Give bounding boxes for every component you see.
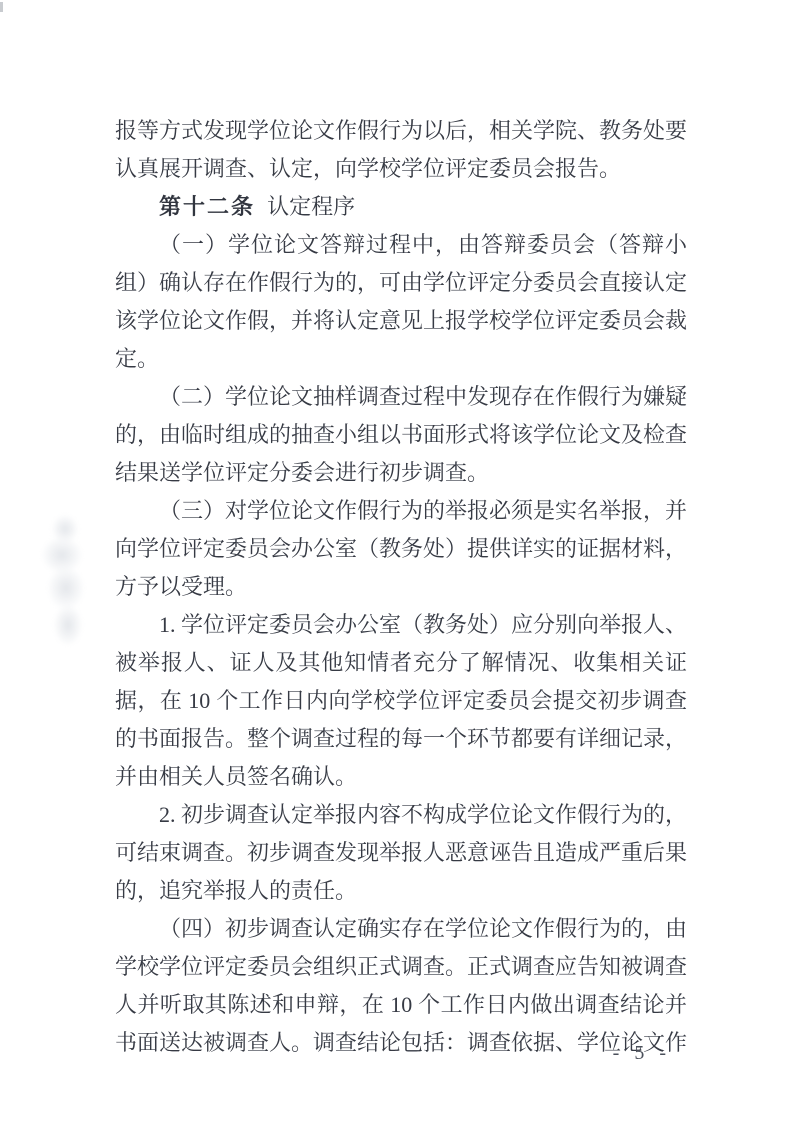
paragraph-item-3: （三）对学位论文作假行为的举报必须是实名举报，并向学位评定委员会办公室（教务处）… [115, 492, 687, 606]
scan-edge-artifact [0, 2, 3, 12]
smudge-blob [54, 605, 82, 645]
paragraph-item-4: （四）初步调查认定确实存在学位论文作假行为的，由学校学位评定委员会组织正式调查。… [115, 910, 687, 1062]
ink-smudge-artifact [34, 515, 90, 650]
paragraph-subitem-2: 2. 初步调查认定举报内容不构成学位论文作假行为的，可结束调查。初步调查发现举报… [115, 796, 687, 910]
paragraph-subitem-1: 1. 学位评定委员会办公室（教务处）应分别向举报人、被举报人、证人及其他知情者充… [115, 606, 687, 796]
article-number-label: 第十二条 [159, 194, 255, 219]
paragraph-item-1: （一）学位论文答辩过程中，由答辩委员会（答辩小组）确认存在作假行为的，可由学位评… [115, 226, 687, 378]
smudge-blob [42, 537, 82, 573]
paragraph-item-2: （二）学位论文抽样调查过程中发现存在作假行为嫌疑的，由临时组成的抽查小组以书面形… [115, 378, 687, 492]
article-title-label: 认定程序 [267, 194, 355, 219]
paragraph-continuation: 报等方式发现学位论文作假行为以后，相关学院、教务处要认真展开调查、认定，向学校学… [115, 112, 687, 188]
smudge-blob [48, 567, 84, 609]
scanned-document-page: 报等方式发现学位论文作假行为以后，相关学院、教务处要认真展开调查、认定，向学校学… [0, 0, 799, 1130]
page-number: - 5 - [613, 1042, 671, 1065]
document-body: 报等方式发现学位论文作假行为以后，相关学院、教务处要认真展开调查、认定，向学校学… [115, 112, 687, 1062]
smudge-blob [52, 515, 78, 543]
article-heading: 第十二条认定程序 [115, 188, 687, 226]
